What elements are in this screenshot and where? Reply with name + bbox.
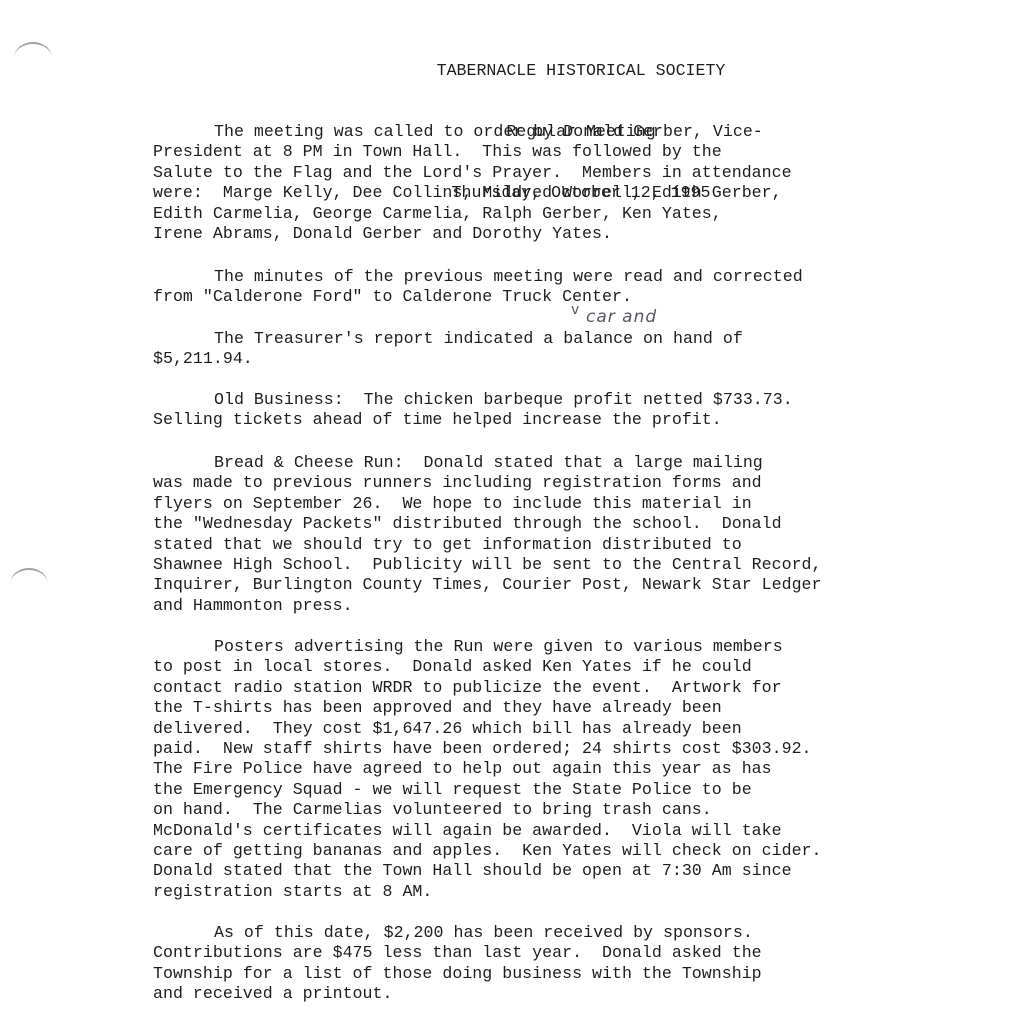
text-line: were: Marge Kelly, Dee Collins, Mildred … [153, 183, 782, 203]
text-line: Inquirer, Burlington County Times, Couri… [153, 575, 822, 595]
punch-hole-mark [14, 42, 52, 74]
text-line: Bread & Cheese Run: Donald stated that a… [214, 453, 763, 473]
text-line: the T-shirts has been approved and they … [153, 698, 722, 718]
text-line: contact radio station WRDR to publicize … [153, 678, 782, 698]
text-line: to post in local stores. Donald asked Ke… [153, 657, 752, 677]
text-line: paid. New staff shirts have been ordered… [153, 739, 812, 759]
text-line: from "Calderone Ford" to Calderone Truck… [153, 287, 632, 307]
text-line: Shawnee High School. Publicity will be s… [153, 555, 822, 575]
text-line: the Emergency Squad - we will request th… [153, 780, 752, 800]
text-line: $5,211.94. [153, 349, 253, 369]
text-line: Irene Abrams, Donald Gerber and Dorothy … [153, 224, 612, 244]
text-line: Township for a list of those doing busin… [153, 964, 762, 984]
text-line: the "Wednesday Packets" distributed thro… [153, 514, 782, 534]
document-page: TABERNACLE HISTORICAL SOCIETY Regular Me… [0, 0, 1012, 1024]
text-line: flyers on September 26. We hope to inclu… [153, 494, 752, 514]
text-line: Old Business: The chicken barbeque profi… [214, 390, 793, 410]
text-line: McDonald's certificates will again be aw… [153, 821, 782, 841]
handwritten-correction: car and [586, 307, 657, 327]
text-line: The Fire Police have agreed to help out … [153, 759, 772, 779]
insertion-caret: v [571, 302, 579, 318]
organization-title: TABERNACLE HISTORICAL SOCIETY [380, 61, 782, 81]
text-line: delivered. They cost $1,647.26 which bil… [153, 719, 742, 739]
text-line: Posters advertising the Run were given t… [214, 637, 783, 657]
text-line: The meeting was called to order by Donal… [214, 122, 763, 142]
text-line: Contributions are $475 less than last ye… [153, 943, 762, 963]
text-line: The Treasurer's report indicated a balan… [214, 329, 743, 349]
text-line: on hand. The Carmelias volunteered to br… [153, 800, 712, 820]
text-line: As of this date, $2,200 has been receive… [214, 923, 753, 943]
text-line: care of getting bananas and apples. Ken … [153, 841, 822, 861]
text-line: stated that we should try to get informa… [153, 535, 742, 555]
text-line: Salute to the Flag and the Lord's Prayer… [153, 163, 792, 183]
text-line: Donald stated that the Town Hall should … [153, 861, 792, 881]
text-line: was made to previous runners including r… [153, 473, 762, 493]
text-line: The minutes of the previous meeting were… [214, 267, 803, 287]
text-line: registration starts at 8 AM. [153, 882, 432, 902]
punch-hole-mark [10, 568, 48, 600]
text-line: and Hammonton press. [153, 596, 353, 616]
text-line: and received a printout. [153, 984, 392, 1004]
text-line: Edith Carmelia, George Carmelia, Ralph G… [153, 204, 722, 224]
text-line: Selling tickets ahead of time helped inc… [153, 410, 722, 430]
text-line: President at 8 PM in Town Hall. This was… [153, 142, 722, 162]
